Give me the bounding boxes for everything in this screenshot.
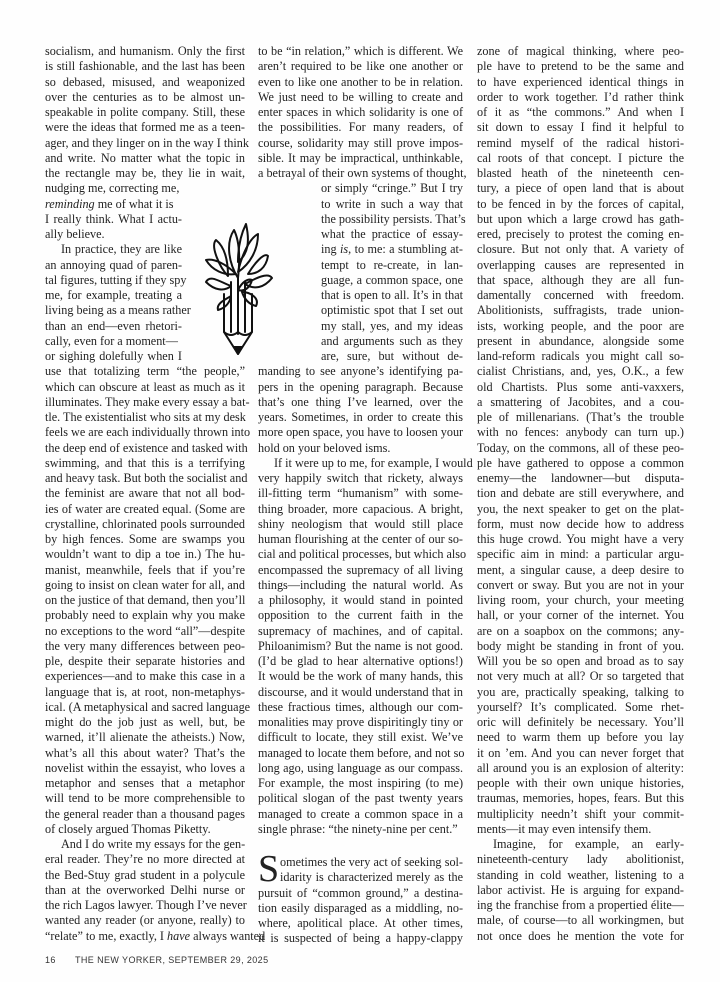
text-line: illuminates. They make every essay a bat…: [45, 395, 245, 410]
text-line: ager, and they linger on in the way I th…: [45, 136, 245, 151]
text-line: might do the job just as well, but, be: [45, 715, 245, 730]
text-line: damentally concerned with freedom.: [477, 288, 684, 303]
text-line: and write. No matter what the topic in: [45, 151, 245, 166]
text-line: and heavy task. But both the socialist a…: [45, 471, 245, 486]
text-line: that is open to all. It’s in that: [258, 288, 463, 303]
text-line: going to insist on clean water for all, …: [45, 578, 245, 593]
text-line: that’s one thing I’ve learned, over the: [258, 395, 463, 410]
text-line: speakable in polite company. Still, thes…: [45, 105, 245, 120]
text-line: need to warm them up before you lay: [477, 730, 684, 745]
text-line: nineteenth-century lady abolitionist,: [477, 852, 684, 867]
text-line: a betrayal of their own systems of thoug…: [258, 166, 463, 181]
text-line: or sighing dolefully when I: [45, 349, 182, 364]
text-line: idarity is characterized merely as the: [258, 870, 463, 885]
paragraph-start: If it were up to me, for example, I woul…: [258, 456, 463, 471]
text-line: what’s all this about water? That’s the: [45, 746, 245, 761]
text-line: tion easily disparaged as a middling, no…: [258, 901, 463, 916]
text-line: living being as a means rather: [45, 303, 182, 318]
text-line: the Bed-Stuy grad student in a polycule: [45, 868, 245, 883]
text-line: cial and political processes, but which …: [258, 547, 463, 562]
text-line: of closely argued Thomas Piketty.: [45, 822, 245, 837]
text-line: supremacy of machines, and of capital.: [258, 624, 463, 639]
text-line: convert or sway. But you are not in your: [477, 578, 684, 593]
text-line: labor activist. He is arguing for expand…: [477, 883, 684, 898]
page-number: 16: [45, 953, 75, 968]
text-line: to be “in relation,” which is different.…: [258, 44, 463, 59]
text-line: the very many differences between peo-: [45, 639, 245, 654]
text-line: what the practice of essay-: [258, 227, 463, 242]
text-line: enter spaces in which solidarity is one …: [258, 105, 463, 120]
text-line: human flourishing at the center of our s…: [258, 532, 463, 547]
text-line: people with their own unique histories,: [477, 776, 684, 791]
text-line: land-reform radicals you might call so-: [477, 349, 684, 364]
column-left: socialism, and humanism. Only the first …: [45, 44, 245, 944]
text-line: eral reader. They’re no more directed at: [45, 852, 245, 867]
text-line: We just need to be willing to create and: [258, 90, 463, 105]
italic-text: is: [340, 242, 348, 256]
text-line: so debased, misused, and weaponized: [45, 75, 245, 90]
text-line: novelist within the essayist, who loves …: [45, 761, 245, 776]
text-line: experiences—and to make this case in a: [45, 669, 245, 684]
text-line: Philoanimism? But the name is not good.: [258, 639, 463, 654]
text-line: discourse, and it would understand that …: [258, 685, 463, 700]
text-line: Will you be so open and broad as to say: [477, 654, 684, 669]
paragraph-start: In practice, they are like: [45, 242, 182, 257]
text-line: are, sure, but without de-: [258, 349, 463, 364]
text-line: sit down to essay I find it helpful to: [477, 120, 684, 135]
text-line: encompassed the supremacy of all living: [258, 563, 463, 578]
text-line: wouldn’t want to dip a toe in.) The hu-: [45, 547, 245, 562]
text-line: old Chartists. Plus some anti-vaxxers,: [477, 380, 684, 395]
text-line: nudging me, correcting me,: [45, 181, 182, 196]
section-start: Sometimes the very act of seeking sol-: [258, 855, 463, 870]
text-line: cally, even for a moment—: [45, 334, 182, 349]
text-line: pursuit of “common ground,” a destina-: [258, 886, 463, 901]
text-line: to write in such a way that: [258, 197, 463, 212]
text-line: manist, meanwhile, feels that if you’re: [45, 563, 245, 578]
text-line: use that totalizing term “the people,”: [45, 364, 245, 379]
text-line: socialism, and humanism. Only the first: [45, 44, 245, 59]
column-middle: to be “in relation,” which is different.…: [258, 44, 463, 947]
text-line: manding to see anyone’s identifying pa-: [258, 364, 463, 379]
text-line: or simply “cringe.” But I try: [258, 181, 463, 196]
text-line: cialist Christians, and, yes, O.K., a fe…: [477, 364, 684, 379]
text-line: overlapping causes are represented in: [477, 258, 684, 273]
text-line: the rectangle may be, they lie in wait,: [45, 166, 245, 181]
text-line: the possibility persists. That’s: [258, 212, 463, 227]
text-line: things—including the natural world. As: [258, 578, 463, 593]
text-line: course, solidarity may still prove impos…: [258, 136, 463, 151]
text-line: on the justice of that demand, then you’…: [45, 593, 245, 608]
text-line: male, of course—to all workingmen, but: [477, 913, 684, 928]
text-line: specific aim in mind: a particular argu-: [477, 547, 684, 562]
text-line: ical. (A metaphysical and sacred languag…: [45, 700, 245, 715]
text-line: to be fenced in by the forces of capital…: [477, 197, 684, 212]
text-line: order to work together. I’d rather think: [477, 90, 684, 105]
text-line: wanted any reader (or anyone, really) to: [45, 913, 245, 928]
text-line: but upon which a large crowd has gath-: [477, 212, 684, 227]
text-line: “relate” to me, exactly, I have always w…: [45, 929, 245, 944]
text-line: it on ’em. And you can never forget that: [477, 746, 684, 761]
text-line: single phrase: “the ninety-nine per cent…: [258, 822, 463, 837]
italic-text: reminding: [45, 197, 95, 211]
text-line: with no fences: anybody can turn up.): [477, 425, 684, 440]
text-line: ple of millenarians. (That’s the trouble: [477, 410, 684, 425]
text-line: the rich Lagos lawyer. Though I’ve never: [45, 898, 245, 913]
text-line: shiny neologism that would still place: [258, 517, 463, 532]
text-line: ment, a singular cause, a deep desire to: [477, 563, 684, 578]
text-line: closure. But not only that. A variety of: [477, 242, 684, 257]
text-line: warned, it’ll alienate the atheists.) No…: [45, 730, 245, 745]
text-line: this huge crowd. You might have a very: [477, 532, 684, 547]
text-line: pers in the opening paragraph. Because: [258, 380, 463, 395]
text-line: ally believe.: [45, 227, 182, 242]
text-line: tion and debate are still everywhere, an…: [477, 486, 684, 501]
text-line: which can obscure at least as much as it: [45, 380, 245, 395]
text-line: the deep end of existence and tasked wit…: [45, 441, 245, 456]
text-line: more open space, you have to loosen your: [258, 425, 463, 440]
text-line: tle. The existentialist who sits at my d…: [45, 410, 245, 425]
text-line: managed to locate them before, and not s…: [258, 746, 463, 761]
text-line: even to like one another to be in relati…: [258, 75, 463, 90]
text-line: ists, working people, and the poor are: [477, 319, 684, 334]
text-line: you are, practically speaking, talking t…: [477, 685, 684, 700]
text-line: no exceptions to the word “all”—despite: [45, 624, 245, 639]
text-line: it is suspected of being a happy-clappy: [258, 931, 463, 946]
text-line: opposition to the current faith in the: [258, 608, 463, 623]
text-line: where, apolitical place. At other times,: [258, 916, 463, 931]
text-line: remind myself of the radical histori-: [477, 136, 684, 151]
text-line: thing broader, more capacious. A bright,: [258, 502, 463, 517]
text-line: years. Sometimes, in order to create thi…: [258, 410, 463, 425]
text-line: hold on your beloved isms.: [258, 441, 463, 456]
text-line: traumas, memories, hopes, fears. But thi…: [477, 791, 684, 806]
text-line: an annoying quad of paren-: [45, 258, 182, 273]
text-line: and arguments such as they: [258, 334, 463, 349]
text-line: hall, or your corner of the internet. Yo…: [477, 608, 684, 623]
magazine-page: socialism, and humanism. Only the first …: [0, 0, 720, 982]
text-line: (I’d be glad to hear alternative options…: [258, 654, 463, 669]
text-line: Abolitionists, suffragists, trade union-: [477, 303, 684, 318]
text-line: a smattering of Jacobites, and a cou-: [477, 395, 684, 410]
text-line: living room, your church, your meeting: [477, 593, 684, 608]
text-line: ered, precisely to protest the coming en…: [477, 227, 684, 242]
text-line: It would be the work of many hands, this: [258, 669, 463, 684]
text-line: over the centuries as to be almost un-: [45, 90, 245, 105]
text-line: all around you is an explosion of alteri…: [477, 761, 684, 776]
text-line: yourself? It’s complicated. Some rhet-: [477, 700, 684, 715]
text-line: sible. It may be impractical, unthinkabl…: [258, 151, 463, 166]
text-line: guage, a common space, one: [258, 273, 463, 288]
text-line: difficult to locate, they still exist. W…: [258, 730, 463, 745]
section-break: [258, 837, 463, 855]
text-line: monalities may prove dispiritingly tiny …: [258, 715, 463, 730]
text-line: political slogan of the past twenty year…: [258, 791, 463, 806]
text-line: long ago, using language as our compass.: [258, 761, 463, 776]
text-line: reminding me of what it is: [45, 197, 182, 212]
text-line: ing is, to me: a stumbling at-: [258, 242, 463, 257]
text-line: blasted heath of the nineteenth cen-: [477, 166, 684, 181]
text-line: these fractious times, although our com-: [258, 700, 463, 715]
text-line: is still fashionable, and the last has b…: [45, 59, 245, 74]
text-line: to have experienced identical things in: [477, 75, 684, 90]
text-line: the feminist are aware that not all bod-: [45, 486, 245, 501]
text-line: ing the franchise from a propertied élit…: [477, 898, 684, 913]
text-line: the general reader than a thousand pages: [45, 807, 245, 822]
text-line: tempt to re-create, in lan-: [258, 258, 463, 273]
text-line: not once does he mention the vote for: [477, 929, 684, 944]
text-line: are on a soapbox on the commons; any-: [477, 624, 684, 639]
text-line: were the ideas that formed me as a teen-: [45, 120, 245, 135]
text-line: you, the next speaker to get on the plat…: [477, 502, 684, 517]
text-line: ple have to pretend to be the same and: [477, 59, 684, 74]
text-line: the possibilities. For many readers, of: [258, 120, 463, 135]
text-line: cal roots of that concept. I picture the: [477, 151, 684, 166]
text-line: very happily switch that rickety, always: [258, 471, 463, 486]
text-line: ple, despite their separate histories an…: [45, 654, 245, 669]
publication-dateline: THE NEW YORKER, SEPTEMBER 29, 2025: [75, 955, 269, 965]
text-line: than an end—even rhetori-: [45, 319, 182, 334]
text-line: ments—it may even intensify them.: [477, 822, 684, 837]
text-line: metaphor and senses that a metaphor: [45, 776, 245, 791]
text-line: ill-fitting term “humanism” with some-: [258, 486, 463, 501]
paragraph-start: And I do write my essays for the gen-: [45, 837, 245, 852]
text-line: feels we are each individually thrown in…: [45, 425, 245, 440]
text-line: than at the overworked Delhi nurse or: [45, 883, 245, 898]
text-line: optimistic spot that I set out: [258, 303, 463, 318]
text-line: that space, although they are all fun-: [477, 273, 684, 288]
text-line: aren’t required to be like one another o…: [258, 59, 463, 74]
text-line: tury, a piece of open land that is about: [477, 181, 684, 196]
text-line: language that is, at root, non-metaphys-: [45, 685, 245, 700]
text-line: standing in cold weather, listening to a: [477, 868, 684, 883]
paragraph-start: Imagine, for example, an early-: [477, 837, 684, 852]
italic-text: have: [167, 929, 190, 943]
text-line: will tend to be more comprehensible to: [45, 791, 245, 806]
text-line: swimming, and that this is a terrifying: [45, 456, 245, 471]
text-line: body might be standing in front of you.: [477, 639, 684, 654]
text-line: not very much at all? Or so targeted tha…: [477, 669, 684, 684]
text-line: managed to create a common space in a: [258, 807, 463, 822]
text-line: me, for example, treating a: [45, 288, 182, 303]
column-right: zone of magical thinking, where peo- ple…: [477, 44, 684, 944]
text-line: For example, the most inspiring (to me): [258, 776, 463, 791]
text-line: by high fences. Some are swamps you: [45, 532, 245, 547]
text-line: a philosophy, it would stand in pointed: [258, 593, 463, 608]
page-footer: 16THE NEW YORKER, SEPTEMBER 29, 2025: [45, 953, 269, 968]
text-line: oric will definitely be necessary. You’l…: [477, 715, 684, 730]
text-line: ies of water are created equal. (Some ar…: [45, 502, 245, 517]
text-line: tal figures, tutting if they spy: [45, 273, 182, 288]
text-line: Today, on the commons, all of these peo-: [477, 441, 684, 456]
text-line: of it as “the commons.” And when I: [477, 105, 684, 120]
text-line: enemy—the landowner—but disputa-: [477, 471, 684, 486]
text-line: present in abundance, alongside some: [477, 334, 684, 349]
text-line: multiplicity needn’t shift your commit-: [477, 807, 684, 822]
text-line: probably need to explain why you make: [45, 608, 245, 623]
text-line: crystalline, chlorinated pools surrounde…: [45, 517, 245, 532]
text-line: I really think. What I actu-: [45, 212, 182, 227]
text-line: form, must now decide how to address: [477, 517, 684, 532]
text-line: zone of magical thinking, where peo-: [477, 44, 684, 59]
text-line: ple have gathered to oppose a common: [477, 456, 684, 471]
text-line: my stall, yes, and my ideas: [258, 319, 463, 334]
